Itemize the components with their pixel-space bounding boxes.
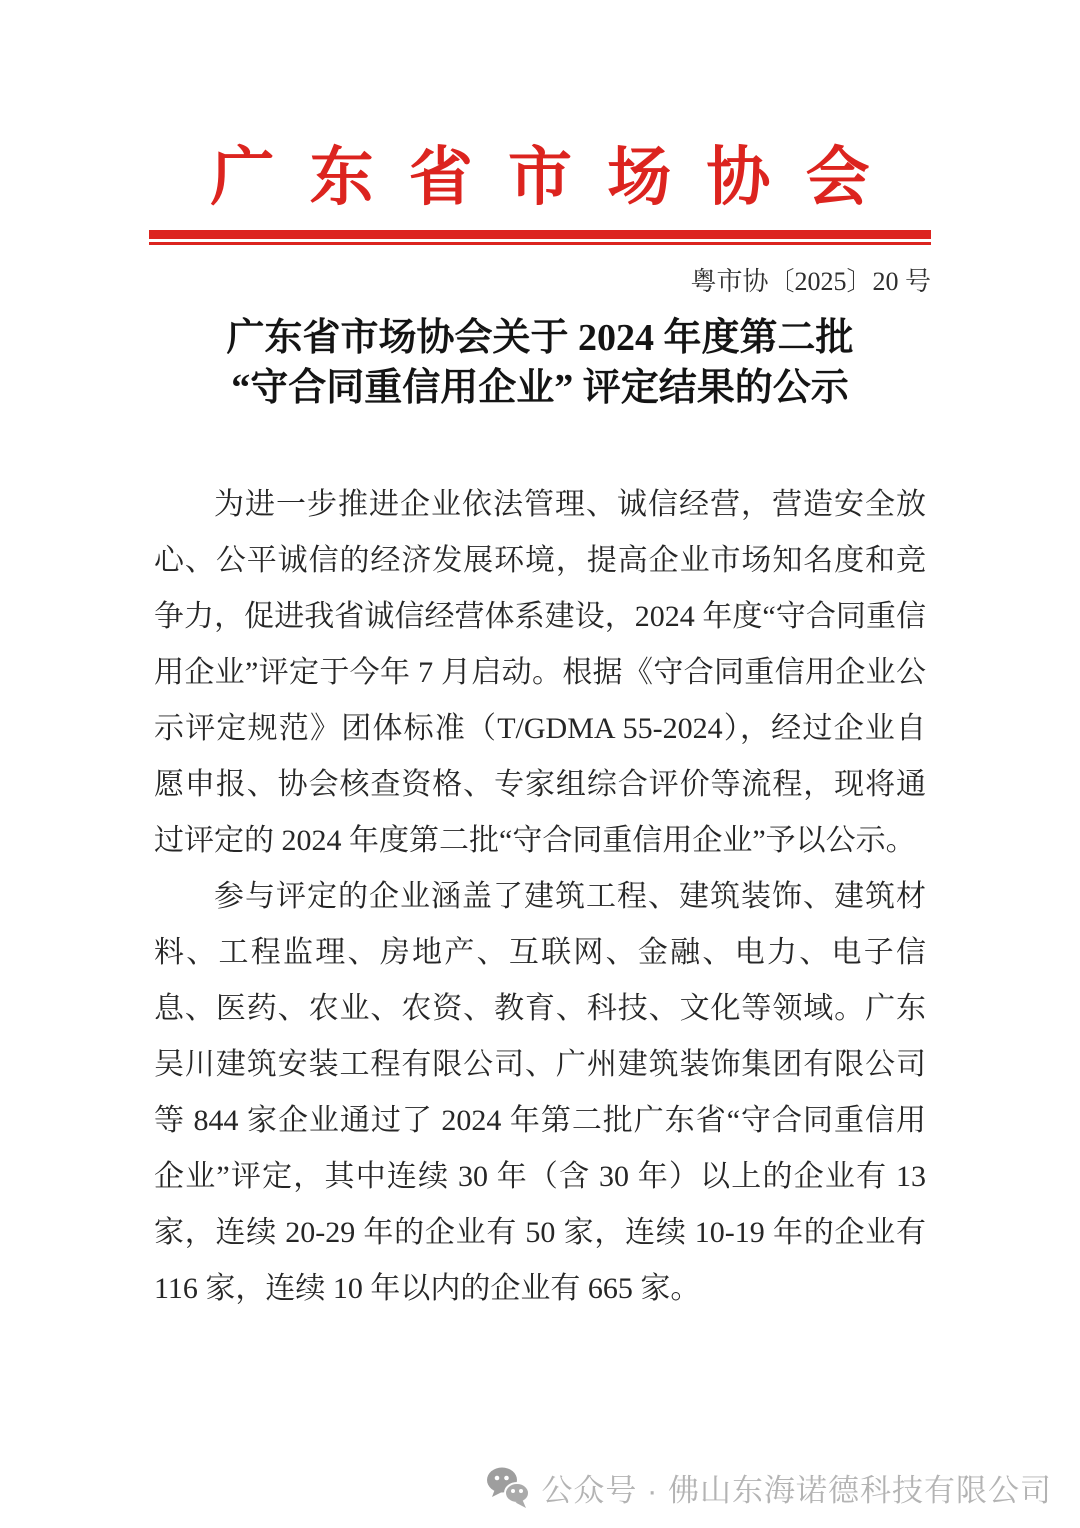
red-divider-thick-line [149,230,931,239]
notice-body: 为进一步推进企业依法管理、诚信经营，营造安全放心、公平诚信的经济发展环境，提高企… [154,477,926,1317]
body-paragraph-1: 为进一步推进企业依法管理、诚信经营，营造安全放心、公平诚信的经济发展环境，提高企… [154,477,926,869]
body-paragraph-2: 参与评定的企业涵盖了建筑工程、建筑装饰、建筑材料、工程监理、房地产、互联网、金融… [154,869,926,1317]
red-divider-thin-line [149,242,931,245]
masthead-org-title: 广东省市场协会 [0,0,1080,210]
document-page: 广东省市场协会 粤市协〔2025〕20 号 广东省市场协会关于 2024 年度第… [0,0,1080,1528]
red-divider [149,230,931,245]
footer-caption: 公众号 · 佛山东海诺德科技有限公司 [541,1465,1052,1510]
wechat-icon [485,1466,531,1510]
document-number: 粤市协〔2025〕20 号 [149,265,931,299]
notice-title: 广东省市场协会关于 2024 年度第二批 “守合同重信用企业” 评定结果的公示 [130,313,950,413]
notice-title-line1: 广东省市场协会关于 2024 年度第二批 [130,313,950,363]
notice-title-line2: “守合同重信用企业” 评定结果的公示 [130,363,950,413]
watermark-footer: 公众号 · 佛山东海诺德科技有限公司 [485,1465,1052,1510]
